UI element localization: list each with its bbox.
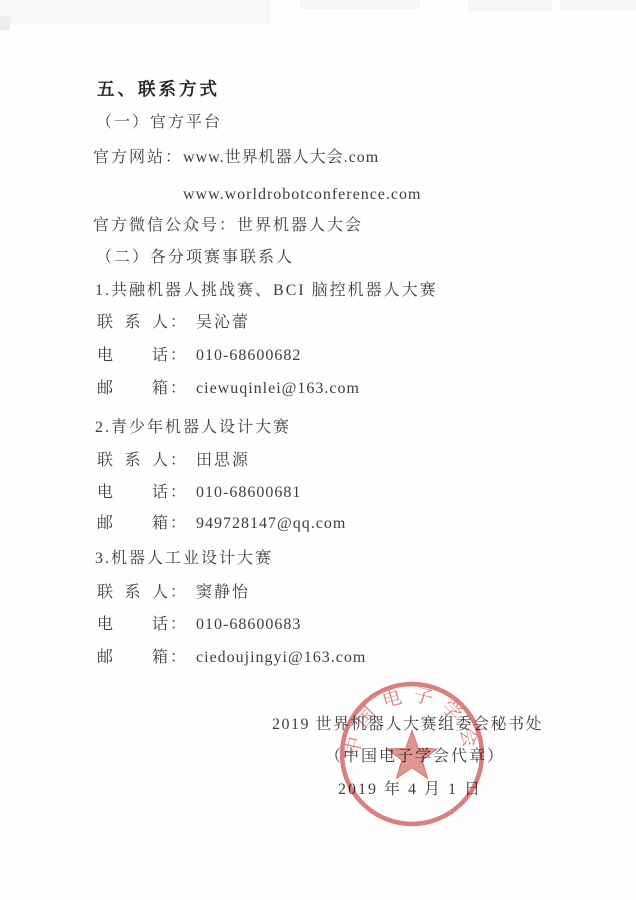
colon: ： — [170, 515, 188, 532]
wechat-line: 官方微信公众号：世界机器人大会 — [93, 215, 363, 237]
subsection-1-title: （一）官方平台 — [96, 112, 222, 134]
section-heading: 五、联系方式 — [97, 78, 220, 100]
phone-label: 电话 — [97, 482, 170, 504]
event-3-contact-line: 联系人：窦静怡 — [97, 582, 250, 604]
contact-label: 联系人 — [97, 582, 170, 604]
event-2-title: 2.青少年机器人设计大赛 — [95, 417, 291, 439]
phone-label: 电话 — [97, 345, 170, 367]
colon: ： — [170, 314, 188, 331]
seal-star-icon — [387, 731, 437, 779]
event-1-contact-line: 联系人：吴沁蕾 — [97, 312, 250, 334]
scan-artifact — [560, 0, 636, 10]
event-3-email-line: 邮箱：ciedoujingyi@163.com — [97, 647, 366, 669]
official-website-line: 官方网站：www.世界机器人大会.com — [93, 147, 379, 169]
event-2-email-line: 邮箱：949728147@qq.com — [97, 513, 346, 535]
email-address: ciewuqinlei@163.com — [196, 380, 360, 397]
contact-name: 吴沁蕾 — [196, 314, 250, 331]
email-address: ciedoujingyi@163.com — [196, 649, 366, 666]
colon: ： — [170, 484, 188, 501]
event-1-email-line: 邮箱：ciewuqinlei@163.com — [97, 378, 360, 400]
email-address: 949728147@qq.com — [196, 515, 346, 532]
contact-label: 联系人 — [97, 450, 170, 472]
event-1-phone-line: 电话：010-68600682 — [97, 345, 301, 367]
colon: ： — [170, 347, 188, 364]
event-2-phone-line: 电话：010-68600681 — [97, 482, 301, 504]
subsection-2-title: （二）各分项赛事联系人 — [96, 247, 294, 269]
phone-number: 010-68600681 — [196, 484, 301, 501]
contact-label: 联系人 — [97, 312, 170, 334]
phone-number: 010-68600683 — [196, 616, 301, 633]
scan-artifact — [0, 0, 270, 24]
website-label: 官方网站： — [93, 149, 183, 166]
phone-label: 电话 — [97, 614, 170, 636]
contact-name: 窦静怡 — [196, 584, 250, 601]
event-3-title: 3.机器人工业设计大赛 — [95, 548, 273, 570]
event-1-title: 1.共融机器人挑战赛、BCI 脑控机器人大赛 — [95, 280, 438, 302]
colon: ： — [170, 649, 188, 666]
event-3-phone-line: 电话：010-68600683 — [97, 614, 301, 636]
scan-artifact — [468, 0, 552, 11]
website-url-en: www.worldrobotconference.com — [183, 184, 421, 206]
document-page: 五、联系方式 （一）官方平台 官方网站：www.世界机器人大会.com www.… — [0, 0, 636, 900]
colon: ： — [170, 584, 188, 601]
email-label: 邮箱 — [97, 513, 170, 535]
wechat-label: 官方微信公众号： — [93, 217, 237, 234]
contact-name: 田思源 — [196, 452, 250, 469]
website-url-cn: www.世界机器人大会.com — [183, 149, 379, 166]
official-seal: 中国电子学会 — [336, 678, 488, 830]
email-label: 邮箱 — [97, 378, 170, 400]
colon: ： — [170, 616, 188, 633]
colon: ： — [170, 380, 188, 397]
email-label: 邮箱 — [97, 647, 170, 669]
scan-artifact — [300, 0, 420, 9]
wechat-account: 世界机器人大会 — [237, 217, 363, 234]
colon: ： — [170, 452, 188, 469]
event-2-contact-line: 联系人：田思源 — [97, 450, 250, 472]
scan-artifact — [0, 16, 10, 30]
phone-number: 010-68600682 — [196, 347, 301, 364]
